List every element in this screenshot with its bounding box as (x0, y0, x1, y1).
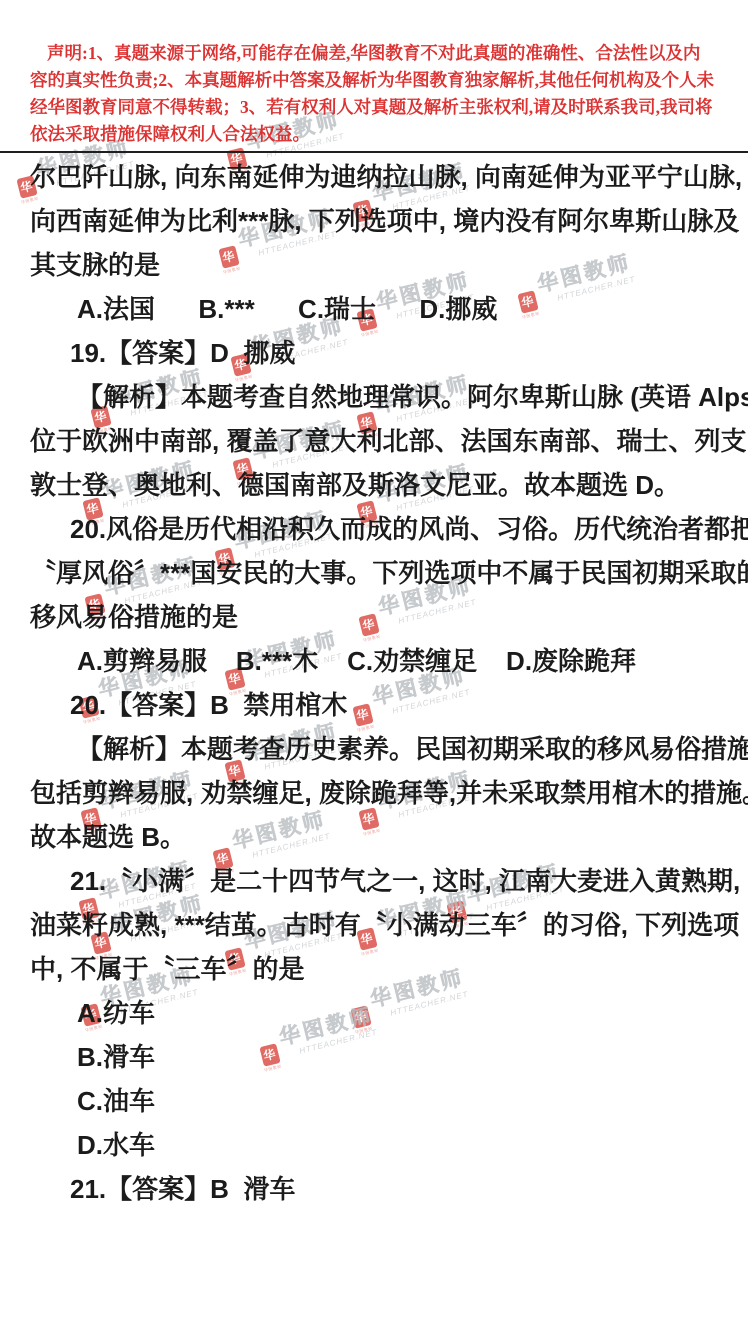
disclaimer-line: 依法采取措施保障权利人合法权益。 (30, 121, 720, 148)
body-line: 油菜籽成熟, ***结茧。古时有〝小满动三车〞的习俗, 下列选项 (30, 903, 730, 947)
body-line: 【解析】本题考查自然地理常识。阿尔卑斯山脉 (英语 Alps) (30, 375, 730, 419)
body-line: 20.【答案】B 禁用棺木 (30, 683, 730, 727)
body-line: A.纺车 (30, 991, 730, 1035)
disclaimer-line: 声明:1、真题来源于网络,可能存在偏差,华图教育不对此真题的准确性、合法性以及内 (30, 40, 720, 67)
body-line: 21.〝小满〞是二十四节气之一, 这时, 江南大麦进入黄熟期, (30, 859, 730, 903)
body-line: 【解析】本题考查历史素养。民国初期采取的移风易俗措施 (30, 727, 730, 771)
disclaimer-lead: 声明: (47, 43, 88, 63)
body-line: 21.【答案】B 滑车 (30, 1167, 730, 1211)
body-line: C.油车 (30, 1079, 730, 1123)
body-line: 尔巴阡山脉, 向东南延伸为迪纳拉山脉, 向南延伸为亚平宁山脉, (30, 155, 730, 199)
divider-line (0, 151, 748, 153)
body-line: 中, 不属于〝三车〞的是 (30, 947, 730, 991)
body-line: 19.【答案】D 挪威 (30, 331, 730, 375)
disclaimer-text: 1、真题来源于网络,可能存在偏差,华图教育不对此真题的准确性、合法性以及内 (88, 43, 701, 63)
disclaimer-line: 容的真实性负责;2、本真题解析中答案及解析为华图教育独家解析,其他任何机构及个人… (30, 67, 720, 94)
body-line: 敦士登、奥地利、德国南部及斯洛文尼亚。故本题选 D。 (30, 463, 730, 507)
body-line: A.剪辫易服 B.***木 C.劝禁缠足 D.废除跪拜 (30, 639, 730, 683)
body-line: 包括剪辫易服, 劝禁缠足, 废除跪拜等,并未采取禁用棺木的措施。 (30, 771, 730, 815)
body-line: 〝厚风俗〞***国安民的大事。下列选项中不属于民国初期采取的 (30, 551, 730, 595)
body-line: 20.风俗是历代相沿积久而成的风尚、习俗。历代统治者都把 (30, 507, 730, 551)
disclaimer-block: 声明:1、真题来源于网络,可能存在偏差,华图教育不对此真题的准确性、合法性以及内… (30, 40, 720, 148)
body-line: 移风易俗措施的是 (30, 595, 730, 639)
body-line: B.滑车 (30, 1035, 730, 1079)
disclaimer-line: 经华图教育同意不得转载；3、若有权利人对真题及解析主张权利,请及时联系我司,我司… (30, 94, 720, 121)
body-line: D.水车 (30, 1123, 730, 1167)
body-line: 位于欧洲中南部, 覆盖了意大利北部、法国东南部、瑞士、列支 (30, 419, 730, 463)
document-page: 华华图教师华图教师HTTEACHER.NET华华图教师华图教师HTTEACHER… (0, 0, 748, 1334)
body-line: 故本题选 B。 (30, 815, 730, 859)
body-line: 向西南延伸为比利***脉, 下列选项中, 境内没有阿尔卑斯山脉及 (30, 199, 730, 243)
body-line: A.法国 B.*** C.瑞士 D.挪威 (30, 287, 730, 331)
body-line: 其支脉的是 (30, 243, 730, 287)
document-body: 尔巴阡山脉, 向东南延伸为迪纳拉山脉, 向南延伸为亚平宁山脉,向西南延伸为比利*… (30, 155, 730, 1211)
